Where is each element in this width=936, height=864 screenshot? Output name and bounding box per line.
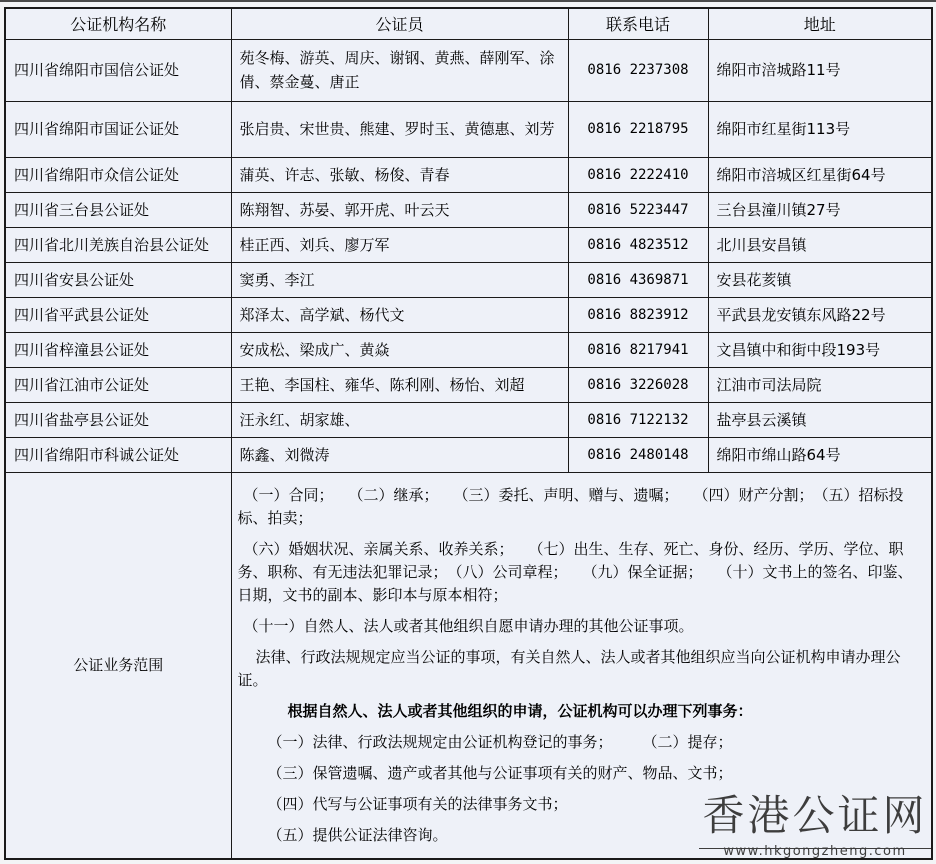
table-header-row: 公证机构名称 公证员 联系电话 地址: [5, 8, 932, 39]
scope-paragraph-2: （六）婚姻状况、亲属关系、收养关系； （七）出生、生存、死亡、身份、经历、学历、…: [238, 538, 924, 607]
org-name-cell: 四川省盐亭县公证处: [5, 402, 231, 437]
column-header-org-name: 公证机构名称: [5, 8, 231, 39]
scope-paragraph-6: （一）法律、行政法规规定由公证机构登记的事务； （二）提存；: [238, 731, 924, 754]
address-cell: 盐亭县云溪镇: [708, 402, 932, 437]
phone-cell: 0816 2222410: [568, 157, 708, 192]
notaries-cell: 陈鑫、刘微涛: [231, 437, 568, 472]
phone-cell: 0816 7122132: [568, 402, 708, 437]
notaries-cell: 郑泽太、高学斌、杨代文: [231, 297, 568, 332]
notaries-cell: 苑冬梅、游英、周庆、谢钢、黄燕、薛刚军、涂倩、蔡金蔓、唐正: [231, 39, 568, 101]
address-cell: 文昌镇中和街中段193号: [708, 332, 932, 367]
page: 公证机构名称 公证员 联系电话 地址 四川省绵阳市国信公证处 苑冬梅、游英、周庆…: [0, 0, 936, 864]
notaries-cell: 王艳、李国柱、雍华、陈利刚、杨怡、刘超: [231, 367, 568, 402]
phone-cell: 0816 2218795: [568, 101, 708, 157]
org-name-cell: 四川省绵阳市国信公证处: [5, 39, 231, 101]
phone-cell: 0816 3226028: [568, 367, 708, 402]
table-row: 四川省梓潼县公证处 安成松、梁成广、黄焱 0816 8217941 文昌镇中和街…: [5, 332, 932, 367]
watermark: 香港公证网 www.hkgongzheng.com: [699, 793, 931, 856]
notaries-cell: 陈翔智、苏晏、郭开虎、叶云天: [231, 192, 568, 227]
table-row: 四川省平武县公证处 郑泽太、高学斌、杨代文 0816 8823912 平武县龙安…: [5, 297, 932, 332]
org-name-cell: 四川省绵阳市科诚公证处: [5, 437, 231, 472]
notaries-cell: 安成松、梁成广、黄焱: [231, 332, 568, 367]
org-name-cell: 四川省三台县公证处: [5, 192, 231, 227]
table-row: 四川省江油市公证处 王艳、李国柱、雍华、陈利刚、杨怡、刘超 0816 32260…: [5, 367, 932, 402]
scope-paragraph-5: 根据自然人、法人或者其他组织的申请，公证机构可以办理下列事务：: [238, 700, 924, 723]
address-cell: 平武县龙安镇东风路22号: [708, 297, 932, 332]
scope-label-cell: 公证业务范围: [5, 472, 231, 859]
table-row: 四川省三台县公证处 陈翔智、苏晏、郭开虎、叶云天 0816 5223447 三台…: [5, 192, 932, 227]
table-row: 四川省绵阳市国证公证处 张启贵、宋世贵、熊建、罗时玉、黄德惠、刘芳 0816 2…: [5, 101, 932, 157]
org-name-cell: 四川省平武县公证处: [5, 297, 231, 332]
scope-paragraph-3: （十一）自然人、法人或者其他组织自愿申请办理的其他公证事项。: [238, 615, 924, 638]
column-header-address: 地址: [708, 8, 932, 39]
table-row: 四川省北川羌族自治县公证处 桂正西、刘兵、廖万军 0816 4823512 北川…: [5, 227, 932, 262]
address-cell: 安县花荄镇: [708, 262, 932, 297]
table-row: 四川省绵阳市众信公证处 蒲英、许志、张敏、杨俊、青春 0816 2222410 …: [5, 157, 932, 192]
table-row: 四川省绵阳市科诚公证处 陈鑫、刘微涛 0816 2480148 绵阳市绵山路64…: [5, 437, 932, 472]
table-row: 四川省盐亭县公证处 汪永红、胡家雄、 0816 7122132 盐亭县云溪镇: [5, 402, 932, 437]
phone-cell: 0816 4823512: [568, 227, 708, 262]
notaries-cell: 桂正西、刘兵、廖万军: [231, 227, 568, 262]
org-name-cell: 四川省江油市公证处: [5, 367, 231, 402]
phone-cell: 0816 2237308: [568, 39, 708, 101]
watermark-url: www.hkgongzheng.com: [723, 844, 906, 859]
column-header-phone: 联系电话: [568, 8, 708, 39]
address-cell: 绵阳市涪城路11号: [708, 39, 932, 101]
top-divider: [0, 0, 936, 2]
address-cell: 绵阳市红星街113号: [708, 101, 932, 157]
watermark-url-row: www.hkgongzheng.com: [699, 840, 931, 856]
scope-paragraph-7: （三）保管遗嘱、遗产或者其他与公证事项有关的财产、物品、文书；: [238, 762, 924, 785]
notaries-cell: 蒲英、许志、张敏、杨俊、青春: [231, 157, 568, 192]
phone-cell: 0816 5223447: [568, 192, 708, 227]
org-name-cell: 四川省北川羌族自治县公证处: [5, 227, 231, 262]
phone-cell: 0816 8823912: [568, 297, 708, 332]
org-name-cell: 四川省绵阳市众信公证处: [5, 157, 231, 192]
address-cell: 绵阳市绵山路64号: [708, 437, 932, 472]
phone-cell: 0816 8217941: [568, 332, 708, 367]
org-name-cell: 四川省绵阳市国证公证处: [5, 101, 231, 157]
table-row: 四川省绵阳市国信公证处 苑冬梅、游英、周庆、谢钢、黄燕、薛刚军、涂倩、蔡金蔓、唐…: [5, 39, 932, 101]
table-row: 四川省安县公证处 窦勇、李江 0816 4369871 安县花荄镇: [5, 262, 932, 297]
address-cell: 三台县潼川镇27号: [708, 192, 932, 227]
notaries-cell: 汪永红、胡家雄、: [231, 402, 568, 437]
address-cell: 北川县安昌镇: [708, 227, 932, 262]
phone-cell: 0816 2480148: [568, 437, 708, 472]
notary-table: 公证机构名称 公证员 联系电话 地址 四川省绵阳市国信公证处 苑冬梅、游英、周庆…: [4, 7, 933, 860]
scope-paragraph-4: 法律、行政法规规定应当公证的事项，有关自然人、法人或者其他组织应当向公证机构申请…: [238, 646, 924, 692]
org-name-cell: 四川省梓潼县公证处: [5, 332, 231, 367]
scope-paragraph-1: （一）合同； （二）继承； （三）委托、声明、赠与、遗嘱； （四）财产分割； （…: [238, 484, 924, 530]
watermark-title: 香港公证网: [699, 793, 931, 839]
column-header-notaries: 公证员: [231, 8, 568, 39]
org-name-cell: 四川省安县公证处: [5, 262, 231, 297]
phone-cell: 0816 4369871: [568, 262, 708, 297]
address-cell: 绵阳市涪城区红星街64号: [708, 157, 932, 192]
notaries-cell: 张启贵、宋世贵、熊建、罗时玉、黄德惠、刘芳: [231, 101, 568, 157]
notaries-cell: 窦勇、李江: [231, 262, 568, 297]
address-cell: 江油市司法局院: [708, 367, 932, 402]
